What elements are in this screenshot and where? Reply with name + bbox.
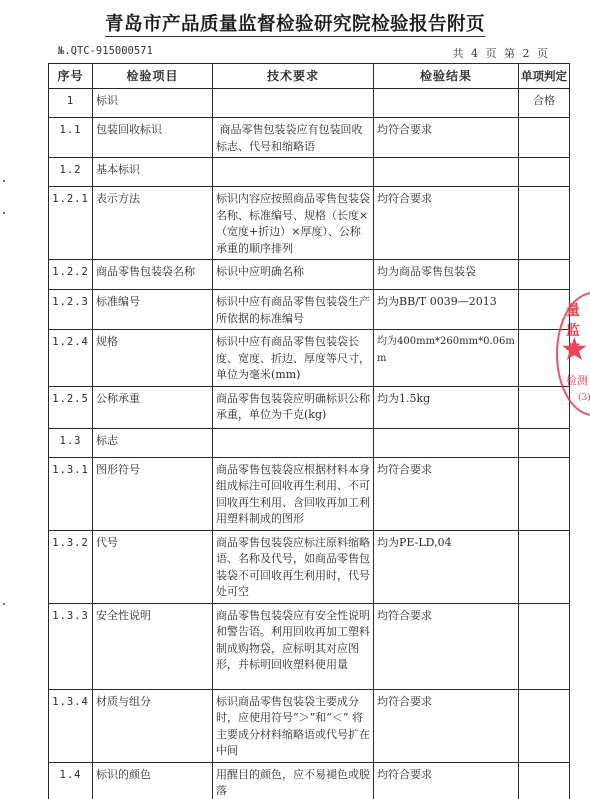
row-item: 图形符号 [93,457,213,530]
row-judgement [519,187,570,260]
row-judgement [519,762,570,799]
row-item: 标识的颜色 [93,762,213,799]
row-seq: 1.4 [49,762,93,799]
row-seq: 1.3 [49,428,93,457]
row-result [374,158,519,187]
row-result: 均符合要求 [374,762,519,799]
table-row: 1.2 基本标识 [49,158,570,187]
row-seq: 1.2.1 [49,187,93,260]
document-title: 青岛市产品质量监督检验研究院检验报告附页 [0,10,590,36]
row-result: 均为PE-LD,04 [374,530,519,603]
row-requirement: 商品零售包装袋应明确标识公称承重，单位为千克(kg) [213,386,374,428]
seal-star-icon: ★ [560,330,589,368]
inspection-table: 序号 检验项目 技术要求 检验结果 单项判定 1 标识 合格 1.1 包装回收标… [48,63,570,799]
header-requirement: 技术要求 [213,64,374,89]
table-row: 1.4 标识的颜色 用醒目的颜色，应不易褪色或脱落 均符合要求 [49,762,570,799]
row-requirement: 标识中应有商品零售包装袋长度、宽度、折边、厚度等尺寸，单位为毫米(mm) [213,330,374,387]
row-item: 商品零售包装袋名称 [93,260,213,290]
row-result: 均符合要求 [374,603,519,689]
row-seq: 1.2.4 [49,330,93,387]
row-requirement: 商品零售包装袋应有包装回收标志、代号和缩略语 [213,118,374,158]
table-row: 1.3.3 安全性说明 商品零售包装袋应有安全性说明和警告语。利用回收再加工塑料… [49,603,570,689]
row-result: 均符合要求 [374,457,519,530]
row-judgement [519,386,570,428]
row-seq: 1.3.1 [49,457,93,530]
row-requirement: 商品零售包装袋应有安全性说明和警告语。利用回收再加工塑料制成购物袋，应标明其对应… [213,603,374,689]
row-item: 包装回收标识 [93,118,213,158]
table-row: 1.2.4 规格 标识中应有商品零售包装袋长度、宽度、折边、厚度等尺寸，单位为毫… [49,330,570,387]
table-row: 1.3.4 材质与组分 标识商品零售包装袋主要成分时，应使用符号“＞”和“＜” … [49,689,570,762]
row-requirement: 标识中应有商品零售包装袋生产所依据的标准编号 [213,290,374,330]
row-item: 公称承重 [93,386,213,428]
table-row: 1.3.1 图形符号 商品零售包装袋应根据材料本身组成标注可回收再生利用、不可回… [49,457,570,530]
row-result [374,428,519,457]
row-requirement: 商品零售包装袋应标注原料缩略语、名称及代号，如商品零售包装袋不可回收再生利用时，… [213,530,374,603]
title-text: 青岛市产品质量监督检验研究院检验报告附页 [105,14,485,37]
row-item: 标志 [93,428,213,457]
row-requirement [213,158,374,187]
row-seq: 1.3.2 [49,530,93,603]
page-info: 共 4 页 第 2 页 [453,45,550,61]
row-requirement: 标识内容应按照商品零售包装袋名称、标准编号、规格（长度×（宽度+折边）×厚度）、… [213,187,374,260]
row-seq: 1.1 [49,118,93,158]
row-judgement [519,689,570,762]
report-number: №.QTC-915000571 [58,45,153,57]
row-result [374,89,519,118]
row-item: 标准编号 [93,290,213,330]
table-row: 1 标识 合格 [49,89,570,118]
seal-number: (3) [578,393,590,403]
row-requirement [213,89,374,118]
row-result: 均符合要求 [374,187,519,260]
header-item: 检验项目 [93,64,213,89]
header-judgement: 单项判定 [519,64,570,89]
row-requirement: 用醒目的颜色，应不易褪色或脱落 [213,762,374,799]
table-row: 1.3.2 代号 商品零售包装袋应标注原料缩略语、名称及代号，如商品零售包装袋不… [49,530,570,603]
row-judgement: 合格 [519,89,570,118]
row-judgement [519,603,570,689]
row-result: 均为1.5kg [374,386,519,428]
row-seq: 1.2 [49,158,93,187]
row-item: 标识 [93,89,213,118]
margin-mark [3,603,5,605]
row-seq: 1.2.5 [49,386,93,428]
row-item: 表示方法 [93,187,213,260]
row-item: 材质与组分 [93,689,213,762]
row-result: 均符合要求 [374,118,519,158]
row-result: 均为BB/T 0039—2013 [374,290,519,330]
table-row: 1.3 标志 [49,428,570,457]
row-requirement [213,428,374,457]
row-item: 安全性说明 [93,603,213,689]
margin-mark [3,212,5,214]
row-judgement [519,457,570,530]
row-result: 均为400mm*260mm*0.06mm [374,330,519,387]
row-seq: 1.2.3 [49,290,93,330]
row-result: 均为商品零售包装袋 [374,260,519,290]
header-result: 检验结果 [374,64,519,89]
seal-text-bottom: 检测 [566,372,588,388]
row-result: 均符合要求 [374,689,519,762]
row-judgement [519,118,570,158]
row-item: 基本标识 [93,158,213,187]
row-seq: 1.3.3 [49,603,93,689]
row-judgement [519,428,570,457]
row-seq: 1.3.4 [49,689,93,762]
row-item: 代号 [93,530,213,603]
row-judgement [519,530,570,603]
table-row: 1.2.5 公称承重 商品零售包装袋应明确标识公称承重，单位为千克(kg) 均为… [49,386,570,428]
row-requirement: 标识中应明确名称 [213,260,374,290]
table-header-row: 序号 检验项目 技术要求 检验结果 单项判定 [49,64,570,89]
table-row: 1.2.3 标准编号 标识中应有商品零售包装袋生产所依据的标准编号 均为BB/T… [49,290,570,330]
table-row: 1.1 包装回收标识 商品零售包装袋应有包装回收标志、代号和缩略语 均符合要求 [49,118,570,158]
row-judgement [519,260,570,290]
row-seq: 1.2.2 [49,260,93,290]
row-requirement: 商品零售包装袋应根据材料本身组成标注可回收再生利用、不可回收再生利用、含回收再加… [213,457,374,530]
table-row: 1.2.1 表示方法 标识内容应按照商品零售包装袋名称、标准编号、规格（长度×（… [49,187,570,260]
row-item: 规格 [93,330,213,387]
row-seq: 1 [49,89,93,118]
row-requirement: 标识商品零售包装袋主要成分时，应使用符号“＞”和“＜” 将主要成分材料缩略语或代… [213,689,374,762]
row-judgement [519,158,570,187]
header-seq: 序号 [49,64,93,89]
table-row: 1.2.2 商品零售包装袋名称 标识中应明确名称 均为商品零售包装袋 [49,260,570,290]
margin-mark [3,180,5,182]
